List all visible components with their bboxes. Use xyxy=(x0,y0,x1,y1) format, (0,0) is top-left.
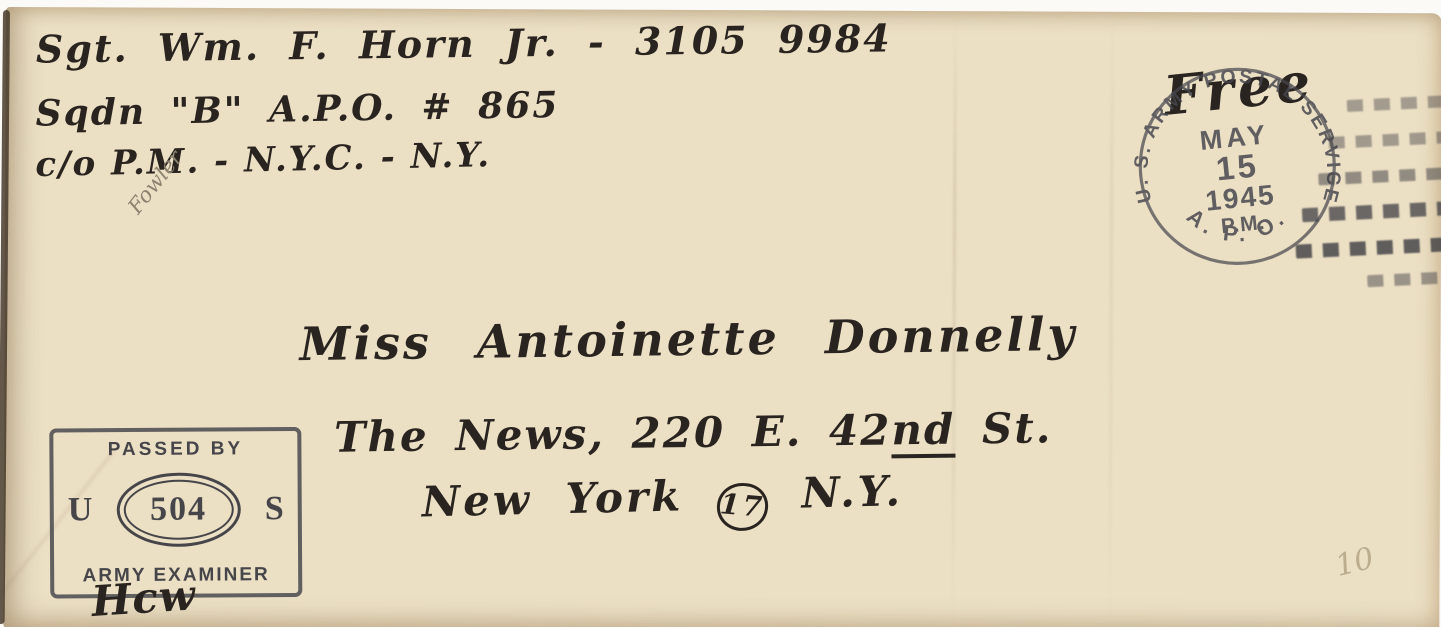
cancellation-bar xyxy=(1347,95,1441,112)
postmark-year: 1945 xyxy=(1204,179,1277,217)
street-text: The News, 220 E. 42 xyxy=(334,405,892,461)
state-text: N.Y. xyxy=(801,466,904,517)
envelope-scan: Sgt. Wm. F. Horn Jr. - 3105 9984 Sqdn "B… xyxy=(0,0,1441,627)
pencil-number: 10 xyxy=(1332,541,1377,584)
return-address-line3: c/o P.M. - N.Y.C. - N.Y. xyxy=(35,135,491,185)
cancellation-bars xyxy=(1289,95,1441,292)
city-text: New York xyxy=(421,471,684,526)
censor-middle-row: U 504 S xyxy=(54,467,299,552)
recipient-city: New York 17 N.Y. xyxy=(421,466,904,538)
recipient-name: Miss Antoinette Donnelly xyxy=(299,307,1077,371)
censor-initials-handwriting: Hcw xyxy=(90,570,197,626)
cancellation-bar xyxy=(1302,201,1441,222)
cancellation-bar xyxy=(1328,131,1441,149)
cancellation-bar xyxy=(1296,237,1441,258)
recipient-street: The News, 220 E. 42nd St. xyxy=(334,403,1053,461)
crease-line xyxy=(1108,12,1114,627)
censor-number: 504 xyxy=(150,491,207,529)
street-ordinal-underlined: nd xyxy=(891,405,956,459)
return-address-line2: Sqdn "B" A.P.O. # 865 xyxy=(35,84,559,135)
street-suffix: St. xyxy=(955,403,1053,453)
return-address-line1: Sgt. Wm. F. Horn Jr. - 3105 9984 xyxy=(36,15,892,71)
censor-number-oval: 504 xyxy=(116,472,240,547)
censor-letter-s: S xyxy=(265,490,284,528)
postmark-meridiem: P.M. xyxy=(1220,211,1267,238)
envelope-paper: Sgt. Wm. F. Horn Jr. - 3105 9984 Sqdn "B… xyxy=(3,7,1441,627)
censor-passed-by: PASSED BY xyxy=(53,438,297,461)
cancellation-bar xyxy=(1367,271,1441,287)
postal-zone-circled: 17 xyxy=(715,481,770,533)
censor-letter-u: U xyxy=(68,491,93,529)
cancellation-bar xyxy=(1318,167,1441,185)
